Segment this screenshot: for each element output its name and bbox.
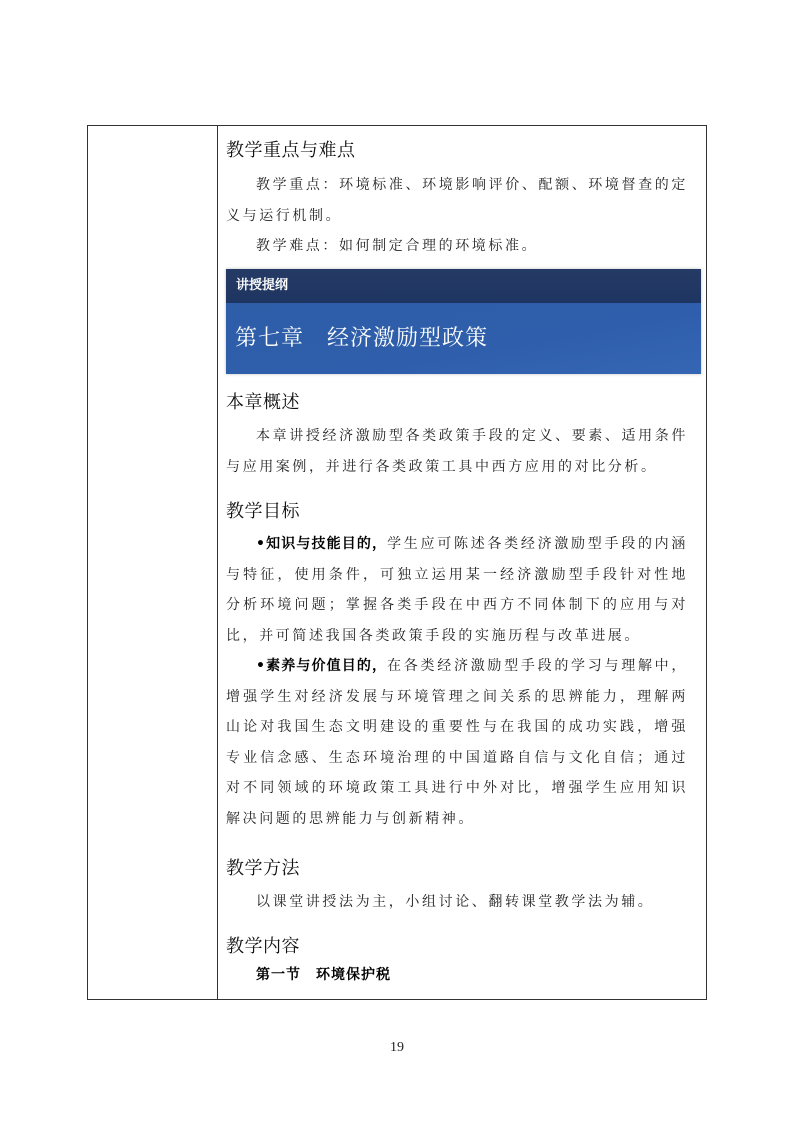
bullet-icon: • bbox=[256, 658, 266, 674]
section-title: 第一节 环境保护税 bbox=[256, 964, 391, 984]
bullet-icon: • bbox=[256, 536, 266, 552]
key-points-focus: 教学重点：环境标准、环境影响评价、配额、环境督查的定义与运行机制。 bbox=[226, 170, 688, 231]
methods-heading: 教学方法 bbox=[226, 854, 300, 880]
objective-knowledge-text: 学生应可陈述各类经济激励型手段的内涵与特征，使用条件，可独立运用某一经济激励型手… bbox=[226, 536, 688, 644]
content-heading: 教学内容 bbox=[226, 932, 300, 958]
overview-heading: 本章概述 bbox=[226, 388, 300, 414]
page-number: 19 bbox=[0, 1040, 794, 1056]
objective-values-text: 在各类经济激励型手段的学习与理解中，增强学生对经济发展与环境管理之间关系的思辨能… bbox=[226, 658, 688, 827]
left-label-column bbox=[88, 126, 218, 999]
objectives-heading: 教学目标 bbox=[226, 497, 300, 523]
overview-text: 本章讲授经济激励型各类政策手段的定义、要素、适用条件与应用案例，并进行各类政策工… bbox=[226, 421, 688, 482]
banner-label: 讲授提纲 bbox=[226, 269, 701, 303]
objective-knowledge: •知识与技能目的，学生应可陈述各类经济激励型手段的内涵与特征，使用条件，可独立运… bbox=[226, 529, 688, 651]
right-content-column: 教学重点与难点 教学重点：环境标准、环境影响评价、配额、环境督查的定义与运行机制… bbox=[218, 126, 706, 999]
key-points-difficulty: 教学难点：如何制定合理的环境标准。 bbox=[226, 231, 688, 262]
methods-text: 以课堂讲授法为主，小组讨论、翻转课堂教学法为辅。 bbox=[226, 887, 688, 918]
objective-values: •素养与价值目的，在各类经济激励型手段的学习与理解中，增强学生对经济发展与环境管… bbox=[226, 651, 688, 834]
lesson-plan-table: 教学重点与难点 教学重点：环境标准、环境影响评价、配额、环境督查的定义与运行机制… bbox=[87, 125, 707, 1000]
objective-values-label: 素养与价值目的， bbox=[266, 658, 387, 674]
key-points-heading: 教学重点与难点 bbox=[226, 136, 356, 162]
objective-knowledge-label: 知识与技能目的， bbox=[266, 536, 387, 552]
lecture-outline-banner: 讲授提纲 第七章 经济激励型政策 bbox=[226, 269, 701, 374]
chapter-title: 第七章 经济激励型政策 bbox=[226, 303, 701, 374]
